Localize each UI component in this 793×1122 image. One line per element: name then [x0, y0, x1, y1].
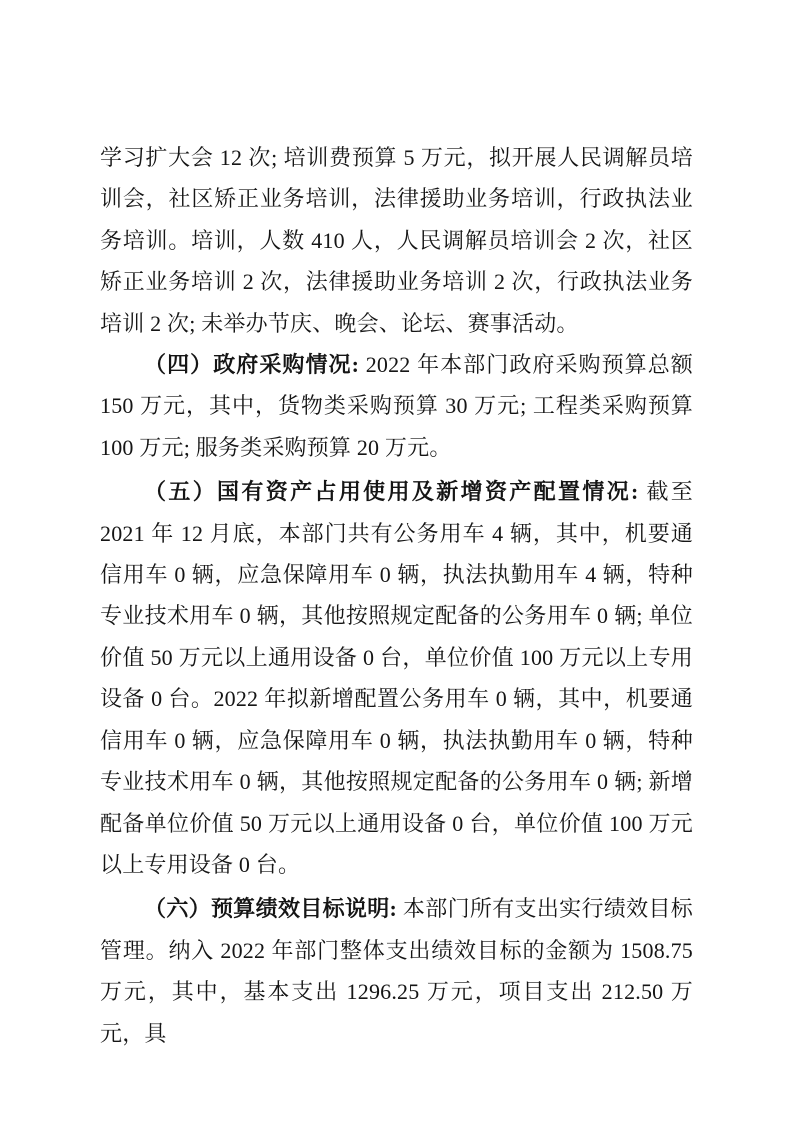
- paragraph-state-assets: （五）国有资产占用使用及新增资产配置情况: 截至 2021 年 12 月底，本部…: [100, 471, 693, 885]
- section-heading-4: （四）政府采购情况:: [144, 352, 359, 377]
- paragraph-government-procurement: （四）政府采购情况: 2022 年本部门政府采购预算总额 150 万元，其中，货…: [100, 344, 693, 468]
- section-heading-5: （五）国有资产占用使用及新增资产配置情况:: [144, 479, 639, 504]
- document-body-text: 学习扩大会 12 次; 培训费预算 5 万元，拟开展人民调解员培训会，社区矫正业…: [100, 137, 693, 1054]
- paragraph-text: 截至 2021 年 12 月底，本部门共有公务用车 4 辆，其中，机要通信用车 …: [100, 479, 693, 877]
- section-heading-6: （六）预算绩效目标说明:: [144, 896, 397, 921]
- paragraph-budget-performance: （六）预算绩效目标说明: 本部门所有支出实行绩效目标管理。纳入 2022 年部门…: [100, 888, 693, 1054]
- document-page: 学习扩大会 12 次; 培训费预算 5 万元，拟开展人民调解员培训会，社区矫正业…: [0, 0, 793, 1122]
- paragraph-training-continuation: 学习扩大会 12 次; 培训费预算 5 万元，拟开展人民调解员培训会，社区矫正业…: [100, 137, 693, 344]
- paragraph-text: 学习扩大会 12 次; 培训费预算 5 万元，拟开展人民调解员培训会，社区矫正业…: [100, 145, 693, 336]
